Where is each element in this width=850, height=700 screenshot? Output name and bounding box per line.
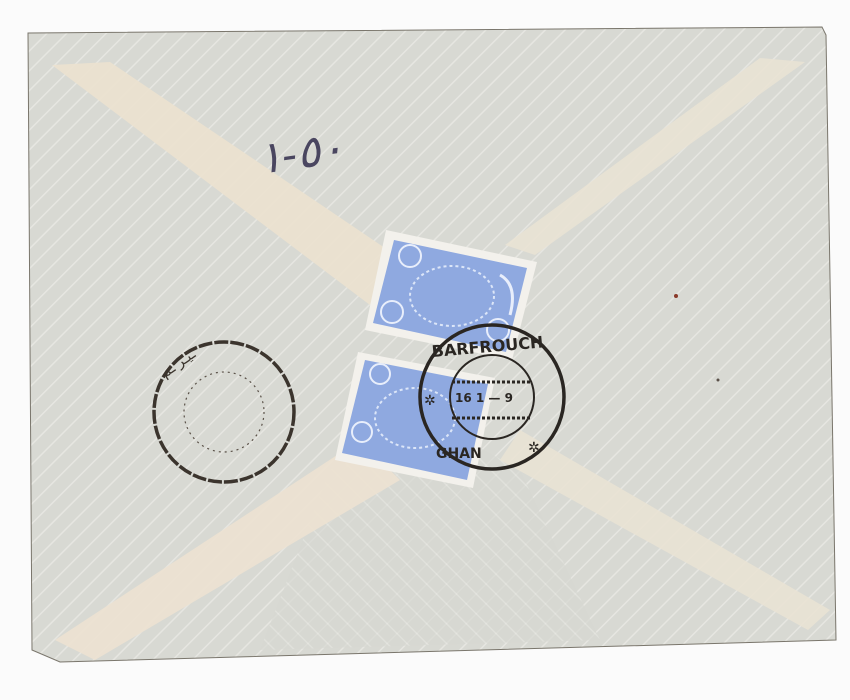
envelope-back: 16 1 — 9 BARFROUCH GHAN ✲ ✲ ـیـر ـم <box>0 0 850 700</box>
svg-text:16 1 — 9: 16 1 — 9 <box>455 391 513 405</box>
svg-text:✲: ✲ <box>528 440 540 456</box>
svg-text:✲: ✲ <box>424 393 436 409</box>
svg-text:GHAN: GHAN <box>436 446 482 462</box>
